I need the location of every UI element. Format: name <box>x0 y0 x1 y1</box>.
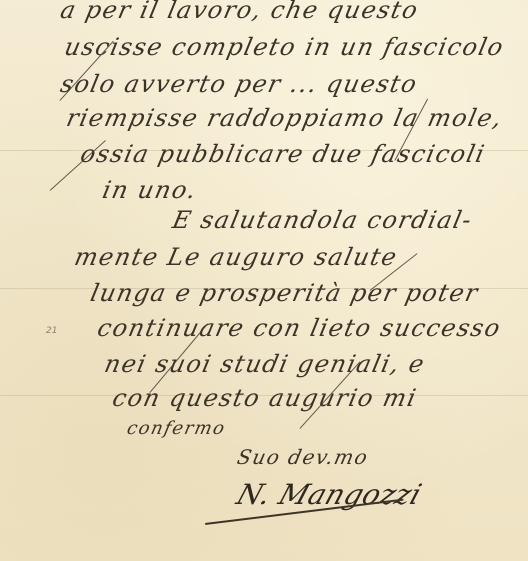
handwritten-line-5: ossia pubblicare due fascicoli <box>78 140 488 168</box>
handwritten-line-11: nei suoi studi geniali, e <box>102 350 428 378</box>
handwritten-line-9: lunga e prosperità per poter <box>88 279 481 307</box>
closing-salutation: Suo dev.mo <box>235 445 371 469</box>
margin-note: 21 <box>46 326 57 336</box>
handwritten-line-4: riempisse raddoppiamo la mole, <box>64 104 505 132</box>
handwritten-line-6: in uno. <box>100 176 200 204</box>
handwritten-line-12: con questo augurio mi <box>110 384 420 412</box>
handwritten-line-7: E salutandola cordial- <box>170 206 475 234</box>
handwritten-line-1: a per il lavoro, che questo <box>58 0 421 24</box>
handwritten-line-3: solo avverto per ... questo <box>58 70 420 98</box>
handwritten-line-13: confermo <box>125 418 228 439</box>
letter-page: a per il lavoro, che questo uscisse comp… <box>0 0 528 561</box>
handwritten-line-8: mente Le auguro salute <box>72 243 400 271</box>
handwritten-line-2: uscisse completo in un fascicolo <box>62 33 507 61</box>
signature: N. Mangozzi <box>233 478 426 511</box>
handwritten-line-10: continuare con lieto successo <box>95 314 504 342</box>
